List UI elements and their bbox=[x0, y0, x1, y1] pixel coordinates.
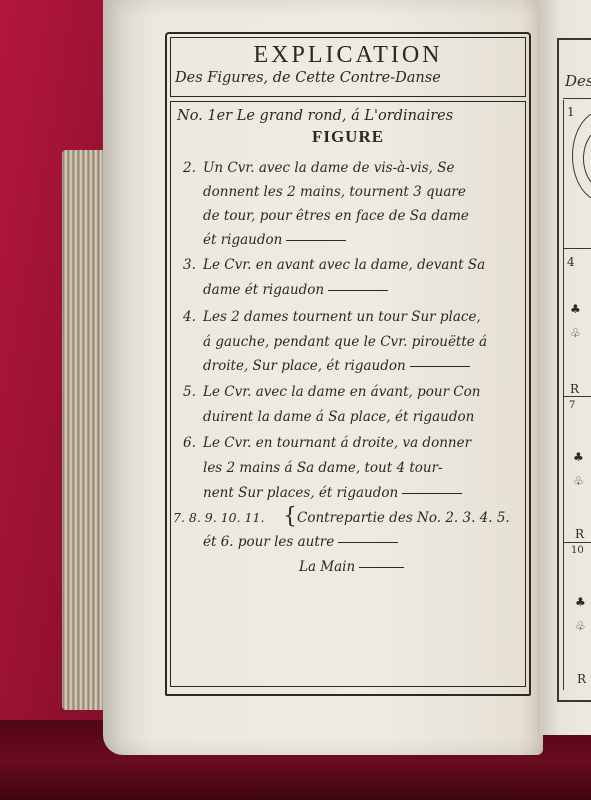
entry-line: Le Cvr. en tournant á droite, va donner bbox=[203, 435, 471, 451]
entry-number: 6. bbox=[183, 435, 196, 451]
dancer-symbol: ♣ bbox=[573, 450, 584, 464]
entry-number: 2. bbox=[183, 160, 196, 176]
closing-text: La Main bbox=[299, 559, 355, 575]
heading-line: No. 1er Le grand rond, á L'ordinaires bbox=[177, 108, 453, 124]
entry-line: donnent les 2 mains, tournent 3 quare bbox=[203, 184, 466, 200]
entry-line: ét rigaudon bbox=[203, 232, 346, 248]
divider bbox=[563, 542, 591, 543]
page-title: EXPLICATION bbox=[171, 42, 525, 69]
divider bbox=[563, 98, 591, 99]
entry-line-text: droite, Sur place, ét rigaudon bbox=[203, 358, 406, 374]
figure-heading: FIGURE bbox=[171, 127, 525, 147]
row-label: R bbox=[577, 672, 586, 686]
dash-rule bbox=[286, 240, 346, 241]
entry-line: duirent la dame á Sa place, ét rigaudon bbox=[203, 409, 474, 425]
entry-line-text: nent Sur places, ét rigaudon bbox=[203, 485, 398, 501]
figure-number: 4 bbox=[567, 255, 575, 269]
closing-line: La Main bbox=[299, 559, 404, 575]
figure-number: 7 bbox=[569, 400, 575, 411]
dash-rule bbox=[338, 542, 398, 543]
dash-rule bbox=[410, 366, 470, 367]
counterpart-numbers: 7. 8. 9. 10. 11. bbox=[173, 510, 264, 525]
dancer-symbol: ♧ bbox=[570, 326, 581, 340]
entry-line: Le Cvr. en avant avec la dame, devant Sa bbox=[203, 257, 485, 273]
entry-line: Le Cvr. avec la dame en ávant, pour Con bbox=[203, 384, 480, 400]
figure-number: 1 bbox=[567, 105, 575, 119]
page-subtitle: Des Figures, de Cette Contre-Danse bbox=[175, 70, 529, 86]
entry-line: les 2 mains á Sa dame, tout 4 tour- bbox=[203, 460, 443, 476]
row-label: R bbox=[570, 382, 579, 396]
counterpart-line-text: ét 6. pour les autre bbox=[203, 534, 334, 550]
row-label: R bbox=[575, 527, 584, 541]
dash-rule bbox=[359, 567, 404, 568]
divider bbox=[563, 396, 591, 397]
dash-rule bbox=[328, 290, 388, 291]
explanation-body: No. 1er Le grand rond, á L'ordinaires FI… bbox=[170, 101, 526, 687]
brace: { bbox=[283, 504, 297, 529]
entry-number: 5. bbox=[183, 384, 196, 400]
right-book-page: Des 1 4 ♣ ♧ R 7 ♣ ♧ R 10 ♣ ♧ R bbox=[537, 0, 591, 735]
explanation-text: No. 1er Le grand rond, á L'ordinaires FI… bbox=[171, 102, 525, 686]
entry-line: de tour, pour êtres en face de Sa dame bbox=[203, 208, 469, 224]
entry-line: á gauche, pendant que le Cvr. pirouëtte … bbox=[203, 334, 487, 350]
counterpart-line: ét 6. pour les autre bbox=[203, 534, 398, 550]
dancer-symbol: ♧ bbox=[573, 474, 584, 488]
divider bbox=[563, 248, 591, 249]
dancer-symbol: ♧ bbox=[575, 619, 586, 633]
right-page-header: Des bbox=[565, 72, 591, 90]
entry-line-text: dame ét rigaudon bbox=[203, 282, 324, 298]
entry-line: dame ét rigaudon bbox=[203, 282, 388, 298]
entry-number: 3. bbox=[183, 257, 196, 273]
entry-line: droite, Sur place, ét rigaudon bbox=[203, 358, 470, 374]
counterpart-line: Contrepartie des No. 2. 3. 4. 5. bbox=[297, 510, 510, 526]
title-box: EXPLICATION Des Figures, de Cette Contre… bbox=[170, 37, 526, 97]
dash-rule bbox=[402, 493, 462, 494]
entry-line: Un Cvr. avec la dame de vis-à-vis, Se bbox=[203, 160, 454, 176]
entry-line: Les 2 dames tournent un tour Sur place, bbox=[203, 309, 481, 325]
entry-line-text: ét rigaudon bbox=[203, 232, 282, 248]
dancer-symbol: ♣ bbox=[570, 302, 581, 316]
dancer-symbol: ♣ bbox=[575, 595, 586, 609]
figure-number: 10 bbox=[571, 545, 584, 556]
entry-number: 4. bbox=[183, 309, 196, 325]
entry-line: nent Sur places, ét rigaudon bbox=[203, 485, 462, 501]
